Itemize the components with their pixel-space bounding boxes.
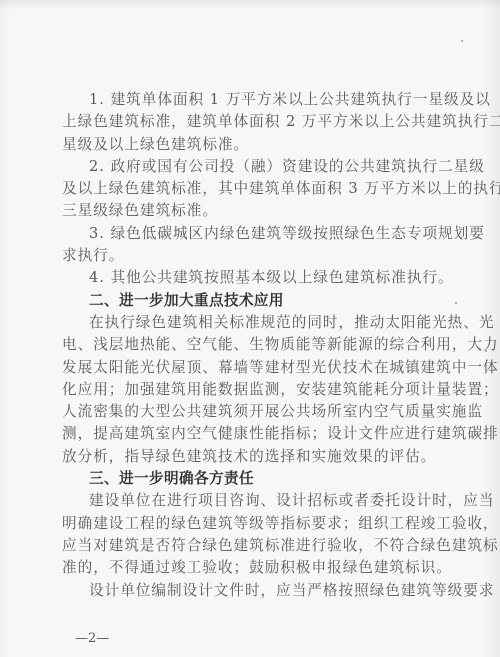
scan-speck — [248, 318, 250, 320]
paragraph-item-2-line-3: 三星级绿色建筑标准。 — [62, 200, 440, 222]
page-number: —2— — [75, 631, 109, 646]
document-body: 1. 建筑单体面积 1 万平方米以上公共建筑执行一星级及以 上绿色建筑标准，建筑… — [62, 89, 440, 602]
scan-speck — [455, 302, 457, 304]
paragraph-item-2-line-1: 2. 政府或国有公司投（融）资建设的公共建筑执行二星级 — [62, 156, 440, 178]
document-page: 1. 建筑单体面积 1 万平方米以上公共建筑执行一星级及以 上绿色建筑标准，建筑… — [0, 0, 500, 657]
paragraph-item-1-line-3: 星级及以上绿色建筑标准。 — [62, 134, 440, 156]
scan-speck — [485, 350, 487, 352]
paragraph-item-1-line-1: 1. 建筑单体面积 1 万平方米以上公共建筑执行一星级及以 — [62, 89, 440, 111]
paragraph-item-2-line-2: 及以上绿色建筑标准，其中建筑单体面积 3 万平方米以上的执行 — [62, 178, 440, 200]
paragraph-builder-line-3: 应当对建筑是否符合绿色建筑标准进行验收，不符合绿色建筑标 — [62, 535, 440, 557]
paragraph-item-1-line-2: 上绿色建筑标准，建筑单体面积 2 万平方米以上公共建筑执行二 — [62, 111, 440, 133]
paragraph-tech-line-1: 在执行绿色建筑相关标准规范的同时，推动太阳能光热、光 — [62, 312, 440, 334]
paragraph-builder-line-4: 准的，不得通过竣工验收；鼓励积极申报绿色建筑标识。 — [62, 557, 440, 579]
paragraph-builder-line-1: 建设单位在进行项目咨询、设计招标或者委托设计时，应当 — [62, 490, 440, 512]
paragraph-tech-line-5: 人流密集的大型公共建筑须开展公共场所室内空气质量实施监 — [62, 401, 440, 423]
paragraph-item-3-line-1: 3. 绿色低碳城区内绿色建筑等级按照绿色生态专项规划要 — [62, 223, 440, 245]
scan-speck — [461, 40, 463, 42]
paragraph-item-3-line-2: 求执行。 — [62, 245, 440, 267]
paragraph-tech-line-6: 测，提高建筑室内空气健康性能指标；设计文件应进行建筑碳排 — [62, 423, 440, 445]
section-heading-3: 三、进一步明确各方责任 — [62, 468, 440, 490]
paragraph-tech-line-2: 电、浅层地热能、空气能、生物质能等新能源的综合利用，大力 — [62, 334, 440, 356]
paragraph-builder-line-2: 明确建设工程的绿色建筑等级等指标要求；组织工程竣工验收， — [62, 513, 440, 535]
paragraph-tech-line-3: 发展太阳能光伏屋顶、幕墙等建材型光伏技术在城镇建筑中一体 — [62, 357, 440, 379]
paragraph-item-4-line-1: 4. 其他公共建筑按照基本级以上绿色建筑标准执行。 — [62, 267, 440, 289]
section-heading-2: 二、进一步加大重点技术应用 — [62, 290, 440, 312]
paragraph-designer-line-1: 设计单位编制设计文件时，应当严格按照绿色建筑等级要求 — [62, 580, 440, 602]
paragraph-tech-line-4: 化应用；加强建筑用能数据监测，安装建筑能耗分项计量装置； — [62, 379, 440, 401]
paragraph-tech-line-7: 放分析，指导绿色建筑技术的选择和实施效果的评估。 — [62, 446, 440, 468]
